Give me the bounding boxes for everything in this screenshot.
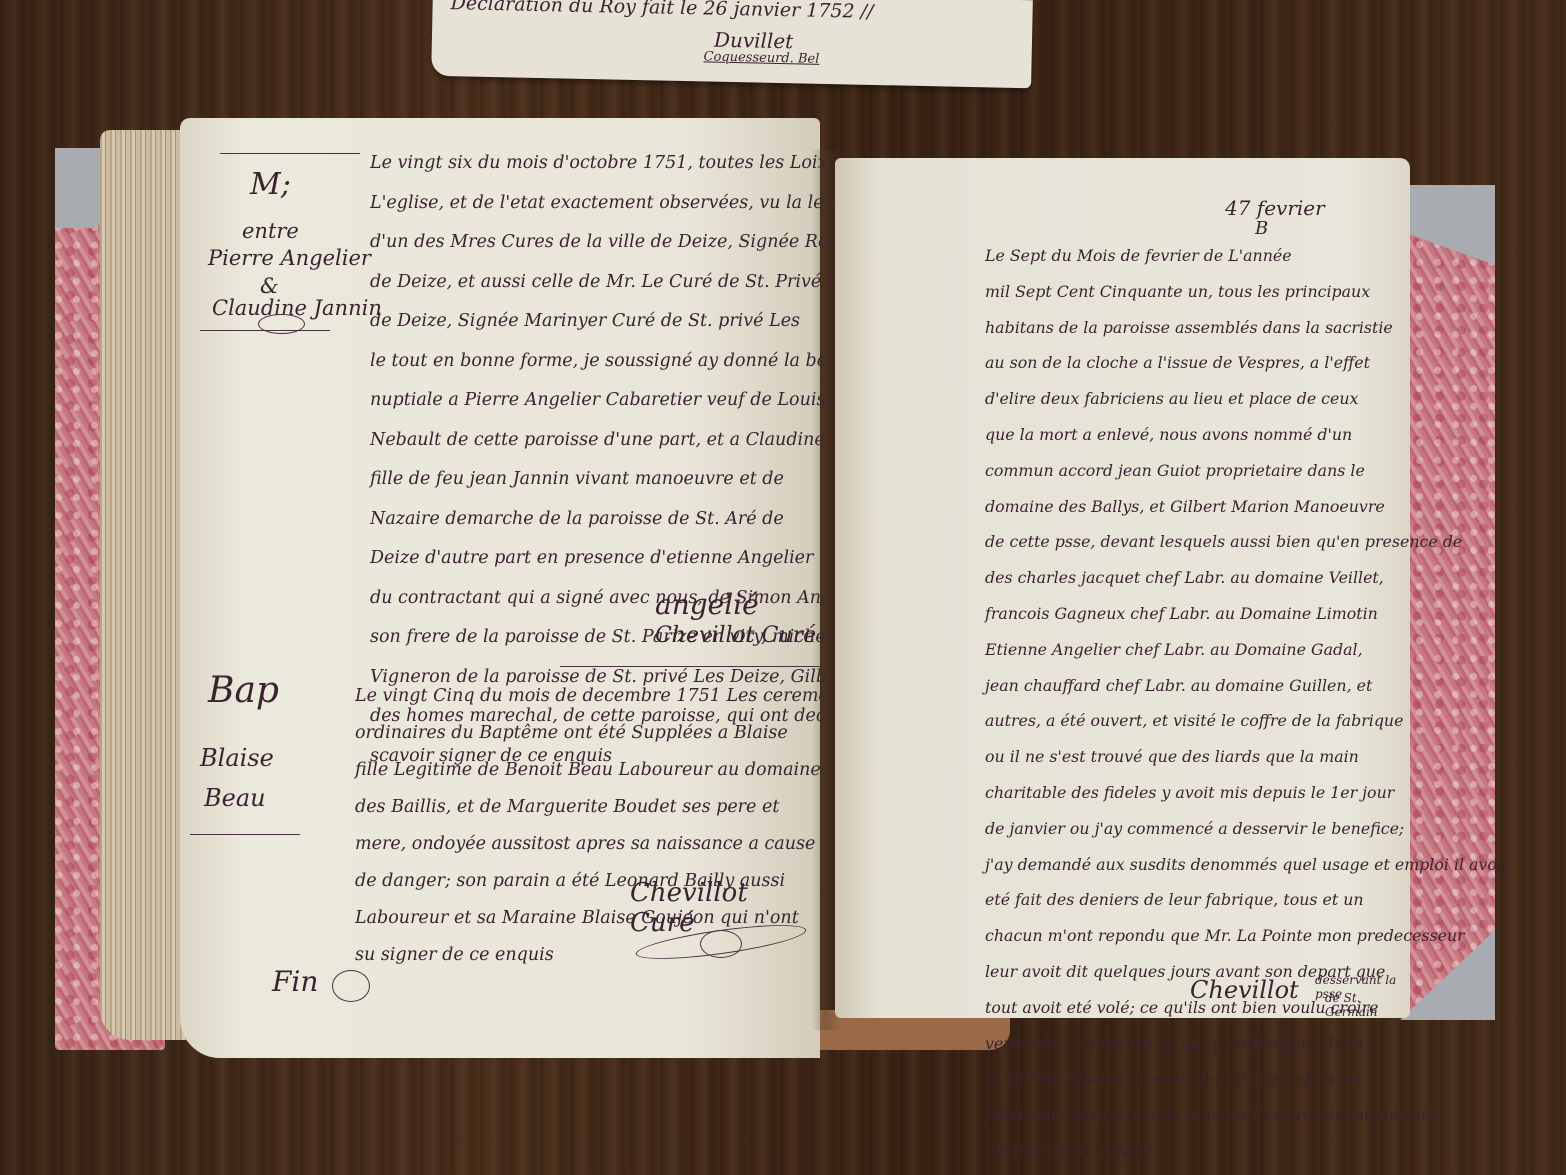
text-line: autres, a été ouvert, et visité le coffr… (985, 703, 1508, 739)
margin-rule (220, 153, 360, 154)
right-page: 47 fevrier B Le Sept du Mois de fevrier … (835, 158, 1410, 1018)
text-line: d'elire deux fabriciens au lieu et place… (985, 381, 1508, 417)
loose-document-signature-2: Coquesseurd. Bel (703, 49, 819, 66)
signature-cure: Chevillot Curé (655, 623, 816, 648)
text-line: que la mort a enlevé, nous avons nommé d… (985, 417, 1508, 453)
text-line: declaré ne le scavoir (985, 1133, 1508, 1169)
left-page: M; entre Pierre Angelier & Claudine Jann… (180, 118, 820, 1058)
text-line: Etienne Angelier chef Labr. au Domaine G… (985, 632, 1508, 668)
text-line: ordinaires du Baptême ont été Supplées a… (355, 715, 865, 752)
text-line: habitans de la paroisse assemblés dans l… (985, 310, 1508, 346)
text-line: et Gilbert Marion se sont chargés de l'o… (985, 1061, 1508, 1097)
text-line: fabriciens, lesquels tous requis s'ils s… (985, 1097, 1508, 1133)
text-line: ou il ne s'est trouvé que des liards que… (985, 739, 1508, 775)
text-line: de janvier ou j'ay commencé a desservir … (985, 811, 1508, 847)
margin-note-child-surname: Beau (204, 786, 266, 810)
folio-letter: B (1255, 218, 1268, 239)
folio-note: 47 fevrier (1225, 196, 1325, 220)
loose-document: Declaration du Roy fait le 26 janvier 17… (431, 0, 1033, 88)
entry-fabrique-text: Le Sept du Mois de fevrier de L'année mi… (985, 238, 1508, 1169)
separator-rule (560, 666, 820, 667)
closing-word: Fin (272, 968, 318, 996)
text-line: mil Sept Cent Cinquante un, tous les pri… (985, 274, 1508, 310)
signature-parish: de St. Germain (1325, 991, 1410, 1019)
text-line: des Baillis, et de Marguerite Boudet ses… (355, 789, 865, 826)
signature-angelier: angelié (655, 588, 759, 621)
text-line: jean chauffard chef Labr. au domaine Gui… (985, 668, 1508, 704)
text-line: charitable des fideles y avoit mis depui… (985, 775, 1508, 811)
text-line: su signer de ce enquis (355, 937, 865, 974)
text-line: domaine des Ballys, et Gilbert Marion Ma… (985, 489, 1508, 525)
text-line: veritable, et ensuitte de quoy lesdits j… (985, 1026, 1508, 1062)
margin-note-child: Blaise (200, 746, 274, 770)
margin-rule (190, 834, 300, 835)
flourish (258, 314, 305, 334)
text-line: francois Gagneux chef Labr. au Domaine L… (985, 596, 1508, 632)
text-line: fille Legitime de Benoit Beau Laboureur … (355, 752, 865, 789)
margin-note: entre (242, 221, 299, 242)
text-line: Le Sept du Mois de fevrier de L'année (985, 238, 1508, 274)
text-line: j'ay demandé aux susdits denommés quel u… (985, 847, 1508, 883)
text-line: Le vingt Cinq du mois de decembre 1751 L… (355, 678, 865, 715)
text-line: commun accord jean Guiot proprietaire da… (985, 453, 1508, 489)
margin-mark: M; (250, 170, 291, 200)
margin-note-groom: Pierre Angelier (208, 248, 371, 269)
margin-mark-baptism: Bap (208, 673, 279, 709)
margin-note: & (260, 276, 279, 297)
paraph-mark (332, 970, 370, 1002)
signature-cure: Chevillot (1190, 976, 1299, 1004)
text-line: chacun m'ont repondu que Mr. La Pointe m… (985, 918, 1508, 954)
text-line: mere, ondoyée aussitost apres sa naissan… (355, 826, 865, 863)
text-line: des charles jacquet chef Labr. au domain… (985, 560, 1508, 596)
text-line: eté fait des deniers de leur fabrique, t… (985, 882, 1508, 918)
text-line: au son de la cloche a l'issue de Vespres… (985, 345, 1508, 381)
text-line: de cette psse, devant lesquels aussi bie… (985, 524, 1508, 560)
loose-document-text: Declaration du Roy fait le 26 janvier 17… (450, 0, 873, 23)
flourish (700, 930, 742, 958)
